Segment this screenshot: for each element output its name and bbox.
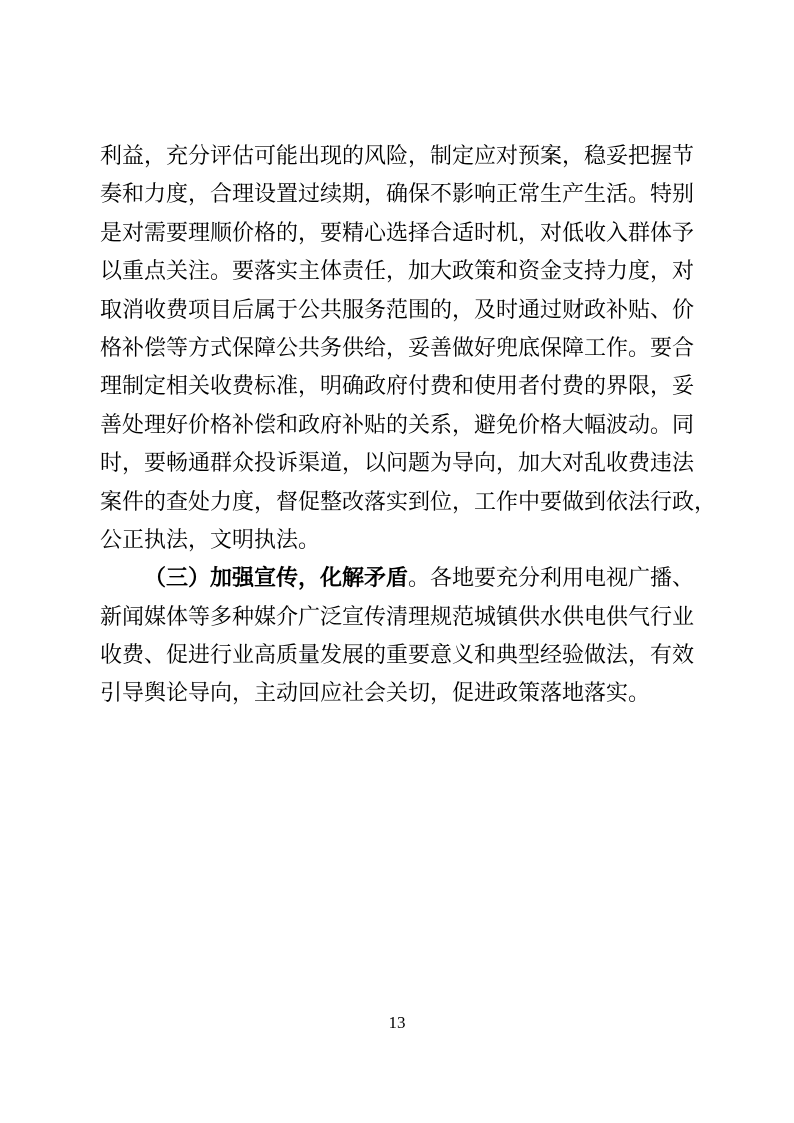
- body-line: 公正执法，文明执法。: [100, 521, 694, 559]
- section-heading: （三）加强宣传，化解矛盾: [144, 565, 408, 590]
- body-line: 格补偿等方式保障公共务供给，妥善做好兜底保障工作。要合: [100, 329, 694, 367]
- body-line: 奏和力度，合理设置过续期，确保不影响正常生产生活。特别: [100, 175, 694, 213]
- body-line: 引导舆论导向，主动回应社会关切，促进政策落地落实。: [100, 674, 694, 712]
- body-line: 是对需要理顺价格的，要精心选择合适时机，对低收入群体予: [100, 214, 694, 252]
- section-first-line-rest: 。各地要充分利用电视广播、: [408, 565, 694, 590]
- body-line: 以重点关注。要落实主体责任，加大政策和资金支持力度，对: [100, 252, 694, 290]
- body-line: 新闻媒体等多种媒介广泛宣传清理规范城镇供水供电供气行业: [100, 598, 694, 636]
- page-number: 13: [0, 1012, 794, 1034]
- body-line: 取消收费项目后属于公共服务范围的，及时通过财政补贴、价: [100, 291, 694, 329]
- body-line: 利益，充分评估可能出现的风险，制定应对预案，稳妥把握节: [100, 137, 694, 175]
- body-line: 案件的查处力度，督促整改落实到位，工作中要做到依法行政，: [100, 483, 694, 521]
- document-page: 利益，充分评估可能出现的风险，制定应对预案，稳妥把握节 奏和力度，合理设置过续期…: [0, 0, 794, 1123]
- body-line: 收费、促进行业高质量发展的重要意义和典型经验做法，有效: [100, 636, 694, 674]
- body-text-block: 利益，充分评估可能出现的风险，制定应对预案，稳妥把握节 奏和力度，合理设置过续期…: [100, 137, 694, 713]
- body-line: 时，要畅通群众投诉渠道，以问题为导向，加大对乱收费违法: [100, 444, 694, 482]
- body-line: 善处理好价格补偿和政府补贴的关系，避免价格大幅波动。同: [100, 406, 694, 444]
- body-line: 理制定相关收费标准，明确政府付费和使用者付费的界限，妥: [100, 367, 694, 405]
- body-line-section-start: （三）加强宣传，化解矛盾。各地要充分利用电视广播、: [100, 559, 694, 597]
